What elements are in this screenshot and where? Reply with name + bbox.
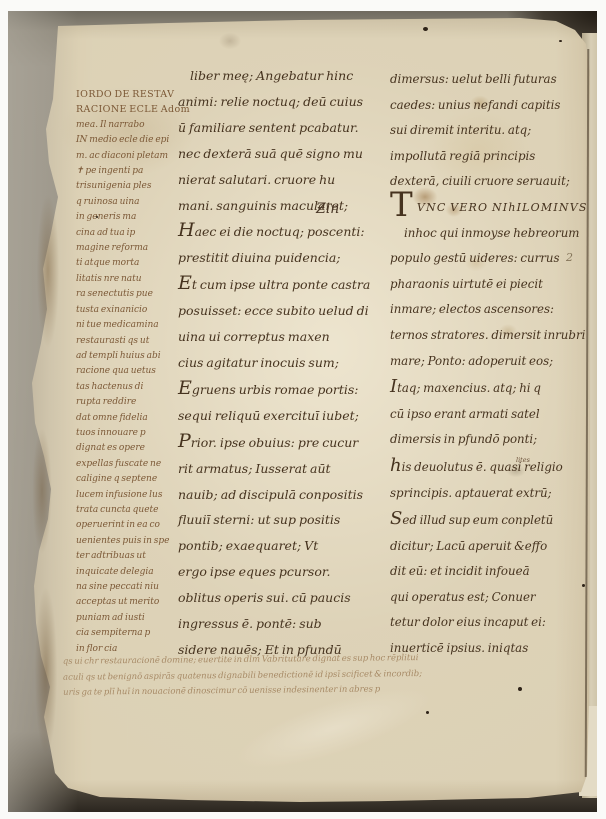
margin-text-line: ter adtribuas ut [76,549,188,564]
margin-text-line: inquicate delegia [76,565,188,580]
text-line: dimersus: uelut belli futuras [390,67,595,93]
text-line: sui diremit interitu. atq; [390,118,595,144]
margin-text-line: rupta reddire [76,395,188,410]
text-line: ternos stratores. dimersit inrubri [390,323,595,349]
margin-text-line: restaurasti qs ut [76,334,188,349]
margin-text-line: caligine q septene [76,472,188,487]
margin-text-line: racione qua uetus [76,364,188,379]
text-line: prestitit diuina puidencia; [178,245,396,271]
margin-text-line: tuos innouare p [76,426,188,441]
text-line: fluuiī sterni: ut sup positis [178,507,396,533]
text-line: pharaonis uirtutē ei piecit [390,272,595,298]
margin-text-line: in generis ma [76,210,188,225]
text-line: liber meę; Angebatur hinc [178,63,396,89]
margin-text-line: dignat es opere [76,441,188,456]
ink-speck [559,40,562,42]
text-line: rit armatus; Iusserat aūt [178,456,396,482]
text-line: sprincipis. aptauerat extrū; [390,481,595,507]
text-line: dit eū: et incidit infoueā [390,559,595,585]
margin-text-line: trisunigenia ples [76,179,188,194]
text-line: inhoc qui inmoyse hebreorum [390,221,595,247]
margin-text-line: litatis nre natu [76,272,188,287]
margin-text-line: tusta exinanicio [76,303,188,318]
margin-text-line: ✝ pe ingenti pa [76,164,188,179]
margin-text-line: ni tue medicamina [76,318,188,333]
ink-speck [426,711,429,714]
text-line: ergo ipse eques pcursor. [178,559,396,585]
margin-text-line: cina ad tua ip [76,226,188,241]
margin-text-line: tas hactenus di [76,380,188,395]
margin-text-line: dat omne fidelia [76,411,188,426]
margin-text-line: operuerint in ea co [76,518,188,533]
folio-number: 2 [566,251,573,264]
margin-text-line: IORDO DE RESTAV [76,87,188,102]
margin-text-line: cia sempiterna p [76,626,188,641]
text-line: inmare; electos ascensores: [390,297,595,323]
text-line: cū ipso erant armati satel [390,402,595,428]
bottom-annotation: qs ui chr restauracionē domine; euertite… [63,649,591,702]
text-line: mani. sanguinis macularet; [178,193,396,219]
margin-text-line: IN medio ecle die epi [76,133,188,148]
text-line: cius agitatur inocuis sum; [178,350,396,376]
text-line: oblitus operis sui. cū paucis [178,585,396,611]
margin-text-line: ti atque morta [76,256,188,271]
margin-text-line: uenientes puis in spe [76,534,188,549]
margin-text-line: expellas fuscate ne [76,457,188,472]
text-line: Haec ei die noctuq; poscenti: [178,218,396,245]
text-line: Egruens urbis romae portis: [178,376,396,403]
text-line: dicitur; Lacū aperuit &effo [390,534,595,560]
ink-speck [423,27,428,31]
interlinear-gloss: lites [516,456,530,464]
text-line: his deuolutus ē. quasi religio [390,453,595,481]
text-line: ū familiare sentent pcabatur. [178,115,396,141]
text-line: populo gestū uideres: currus [390,246,595,272]
text-line: uina ui correptus maxen [178,324,396,350]
margin-text-line: trata cuncta quete [76,503,188,518]
text-line: nauib; ad discipulā conpositis [178,482,396,508]
ink-speck [518,687,522,691]
text-line: Itaq; maxencius. atq; hi q [390,374,595,402]
margin-text-line: mea. Il narrabo [76,118,188,133]
text-line: caedes: unius nefandi capitis [390,93,595,119]
margin-annotations: IORDO DE RESTAVRACIONE ECLE Adommea. Il … [76,87,188,657]
text-line: impollutā regiā principis [390,144,595,170]
margin-text-line: m. ac diaconi pletam [76,149,188,164]
text-line: nec dexterā suā quē signo mu [178,141,396,167]
text-line: TVNC VERO NIhILOMINVS [390,195,595,221]
text-line: mare; Ponto: adoperuit eos; [390,349,595,375]
manuscript-photo: IORDO DE RESTAVRACIONE ECLE Adommea. Il … [8,11,597,812]
margin-text-line: magine reforma [76,241,188,256]
text-line: Et cum ipse ultra ponte castra [178,271,396,298]
text-line: dimersis in pfundō ponti; [390,427,595,453]
parchment-page: IORDO DE RESTAVRACIONE ECLE Adommea. Il … [8,11,597,812]
text-line: qui operatus est; Conuer [390,585,595,611]
text-line: Sed illud sup eum conpletū [390,506,595,534]
margin-text-line: lucem infusione lus [76,488,188,503]
text-line: sequi reliquū exercituī iubet; [178,403,396,429]
margin-text-line: q ruinosa uina [76,195,188,210]
text-line: posuisset: ecce subito uelud di [178,298,396,324]
main-text-column-left: liber meę; Angebatur hincanimi: relie no… [178,63,396,663]
text-line: dexterā, ciuili cruore seruauit; [390,169,595,195]
text-line: tetur dolor eius incaput ei: [390,610,595,636]
margin-text-line: puniam ad iusti [76,611,188,626]
text-line: nierat salutari. cruore hu [178,167,396,193]
margin-text-line: ad templi huius abi [76,349,188,364]
ink-speck [96,216,98,218]
text-line: ingressus ē. pontē: sub [178,611,396,637]
paragraph-mark: Ƶin [316,201,339,217]
margin-text-line: na sine peccati niu [76,580,188,595]
margin-text-line: acceptas ut merito [76,595,188,610]
text-line: pontib; exaequaret; Vt [178,533,396,559]
main-text-column-right: dimersus: uelut belli futurascaedes: uni… [390,67,595,662]
margin-text-line: RACIONE ECLE Adom [76,102,188,117]
text-line: Prior. ipse obuius: pre cucur [178,429,396,456]
margin-text-line: ra senectutis pue [76,287,188,302]
text-line: animi: relie noctuq; deū cuius [178,89,396,115]
